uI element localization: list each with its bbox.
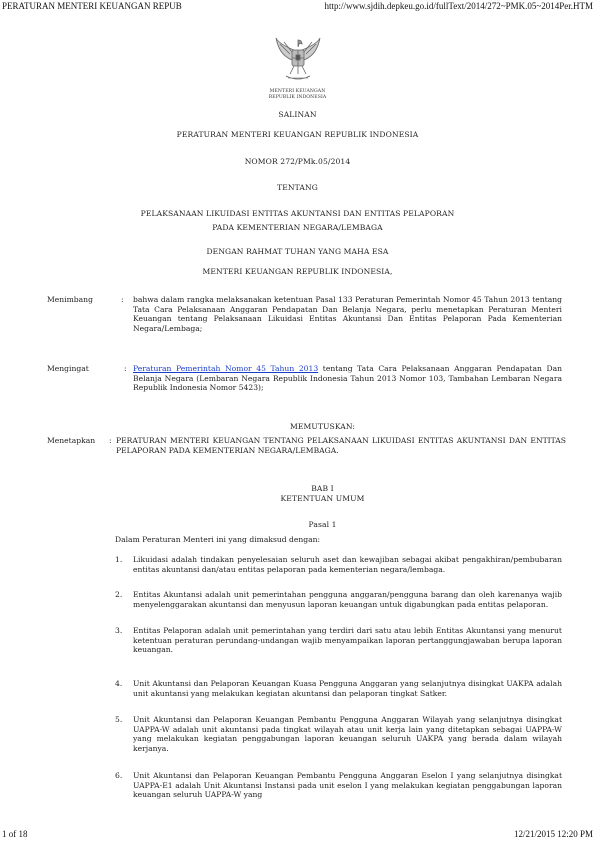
item-number: 5. — [115, 715, 122, 725]
mengingat-text-container: Peraturan Pemerintah Nomor 45 Tahun 2013… — [133, 364, 562, 393]
page-indicator: 1 of 18 — [2, 829, 28, 839]
print-header: PERATURAN MENTERI KEUANGAN REPUB http://… — [0, 1, 595, 11]
bab-number: BAB I — [50, 484, 595, 493]
menetapkan-text: PERATURAN MENTERI KEUANGAN TENTANG PELAK… — [116, 436, 566, 455]
print-datetime: 12/21/2015 12:20 PM — [514, 829, 593, 839]
item-number: 1. — [115, 555, 122, 565]
menteri-line: MENTERI KEUANGAN REPUBLIK INDONESIA, — [0, 267, 595, 276]
item-text: Unit Akuntansi dan Pelaporan Keuangan Pe… — [133, 715, 562, 753]
item-text: Unit Akuntansi dan Pelaporan Keuangan Ku… — [133, 679, 562, 698]
menimbang-section: Menimbang : bahwa dalam rangka melaksana… — [0, 295, 595, 335]
item-text: Unit Akuntansi dan Pelaporan Keuangan Pe… — [133, 771, 562, 800]
item-text: Likuidasi adalah tindakan penyelesaian s… — [133, 555, 562, 574]
menimbang-colon: : — [121, 295, 124, 305]
print-header-url: http://www.sjdih.depkeu.go.id/fullText/2… — [324, 1, 593, 11]
salinan-label: SALINAN — [0, 110, 595, 119]
mengingat-colon: : — [124, 364, 127, 374]
pp-45-2013-link[interactable]: Peraturan Pemerintah Nomor 45 Tahun 2013 — [133, 364, 318, 373]
item-number: 6. — [115, 771, 122, 781]
item-number: 4. — [115, 679, 122, 689]
item-text: Entitas Pelaporan adalah unit pemerintah… — [133, 626, 562, 655]
bab-title: KETENTUAN UMUM — [50, 494, 595, 503]
emblem-caption: MENTERI KEUANGAN REPUBLIK INDONESIA — [0, 89, 595, 101]
item-number: 2. — [115, 590, 122, 600]
mengingat-label: Mengingat — [47, 364, 117, 374]
menetapkan-label: Menetapkan — [47, 436, 117, 446]
pasal-intro: Dalam Peraturan Menteri ini yang dimaksu… — [115, 535, 565, 545]
print-header-title: PERATURAN MENTERI KEUANGAN REPUB — [2, 1, 182, 11]
subject-line-1: PELAKSANAAN LIKUIDASI ENTITAS AKUNTANSI … — [0, 209, 595, 218]
memutuskan-label: MEMUTUSKAN: — [50, 422, 595, 431]
item-text: Entitas Akuntansi adalah unit pemerintah… — [133, 590, 562, 609]
regulation-number: NOMOR 272/PMk.05/2014 — [0, 157, 595, 166]
subject-line-2: PADA KEMENTERIAN NEGARA/LEMBAGA — [0, 223, 595, 232]
mengingat-section: Mengingat : Peraturan Pemerintah Nomor 4… — [0, 364, 595, 394]
menetapkan-colon: : — [109, 436, 112, 446]
regulation-title: PERATURAN MENTERI KEUANGAN REPUBLIK INDO… — [0, 130, 595, 139]
rahmat-line: DENGAN RAHMAT TUHAN YANG MAHA ESA — [0, 247, 595, 256]
menimbang-text: bahwa dalam rangka melaksanakan ketentua… — [133, 295, 562, 333]
menimbang-label: Menimbang — [47, 295, 117, 305]
item-number: 3. — [115, 626, 122, 636]
pasal-title: Pasal 1 — [50, 520, 595, 529]
menetapkan-section: Menetapkan : PERATURAN MENTERI KEUANGAN … — [0, 436, 595, 458]
garuda-emblem-icon — [274, 36, 322, 88]
tentang-label: TENTANG — [0, 183, 595, 192]
print-footer: 1 of 18 12/21/2015 12:20 PM — [0, 829, 595, 839]
emblem-caption-line2: REPUBLIK INDONESIA — [0, 95, 595, 101]
